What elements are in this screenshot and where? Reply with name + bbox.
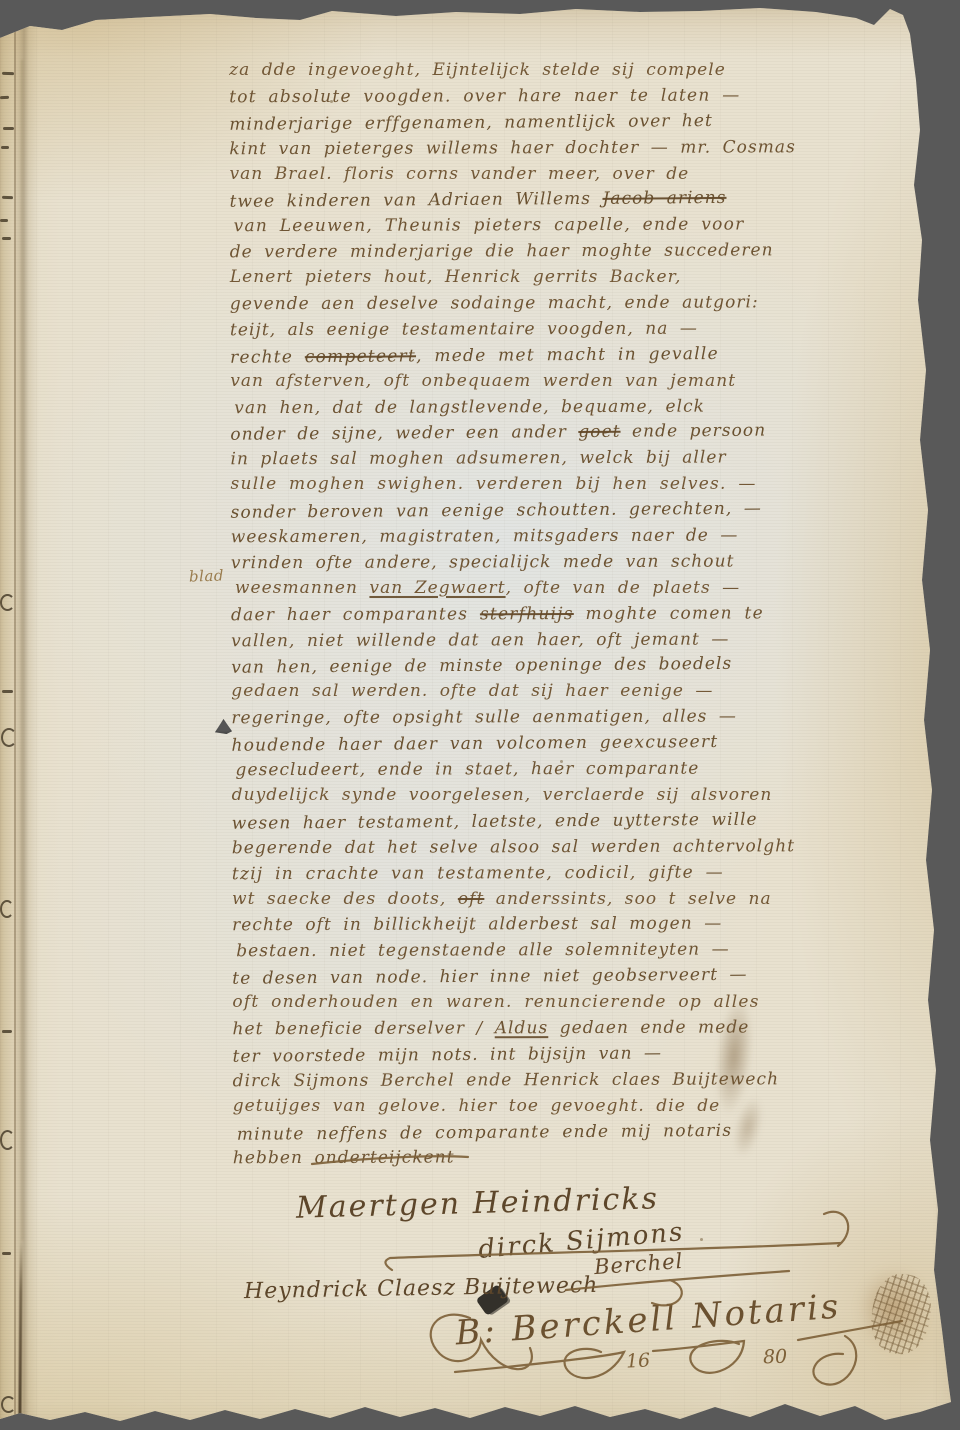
- manuscript-text: kint van pieterges willems haer dochter …: [229, 137, 796, 159]
- manuscript-text: twee kinderen van Adriaen Willems: [229, 189, 602, 212]
- manuscript-text-block: za dde ingevoeght, Eijntelijck stelde si…: [229, 57, 938, 1173]
- manuscript-text: weesmannen: [235, 578, 370, 598]
- manuscript-text: van Leeuwen, Theunis pieters capelle, en…: [234, 215, 745, 237]
- manuscript-line: wt saecke des doots, oft anderssints, so…: [232, 886, 937, 912]
- manuscript-text: minderjarige erffgenamen, namentlijck ov…: [229, 111, 713, 135]
- manuscript-text: , mede met macht in gevalle: [416, 344, 719, 366]
- manuscript-line: onder de sijne, weder een ander goet end…: [230, 418, 935, 449]
- manuscript-line: gedaen sal werden. ofte dat sij haer een…: [231, 679, 936, 705]
- struck-text: sterfhuijs: [480, 604, 574, 624]
- fold-crease: [21, 60, 23, 1240]
- manuscript-text: sonder beroven van eenige schoutten. ger…: [231, 499, 762, 523]
- struck-text: oft: [458, 888, 485, 908]
- facing-page-ink-mark: [2, 1252, 11, 1255]
- manuscript-text: het beneficie derselver /: [232, 1018, 494, 1039]
- manuscript-line: houdende haer daer van volcomen geexcuse…: [231, 728, 936, 759]
- manuscript-line: van hen, eenige de minste openinge des b…: [231, 651, 936, 682]
- manuscript-line: sulle moghen swighen. verderen bij hen s…: [231, 472, 936, 498]
- facing-page-ink-mark: [2, 72, 14, 75]
- manuscript-text: wesen haer testament, laetste, ende uytt…: [232, 809, 758, 833]
- manuscript-text: Lenert pieters hout, Henrick gerrits Bac…: [230, 267, 682, 287]
- manuscript-text: van Brael. floris corns vander meer, ove…: [229, 164, 689, 184]
- underlined-text: van Zegwaert: [369, 578, 505, 598]
- manuscript-text: ende persoon: [620, 421, 766, 442]
- manuscript-line: rechte competeert, mede met macht in gev…: [230, 340, 935, 371]
- manuscript-text: begerende dat het selve alsoo sal werden…: [232, 836, 795, 858]
- signature-heyndrick-claesz-buijtewech: Heyndrick Claesz Buijtewech: [244, 1273, 599, 1304]
- manuscript-line: vrinden ofte andere, specialijck mede va…: [231, 549, 936, 577]
- manuscript-text: weeskameren, magistraten, mitsgaders nae…: [231, 525, 739, 547]
- manuscript-text: rechte: [230, 347, 305, 368]
- facing-page-ink-mark: [1, 1396, 16, 1413]
- manuscript-line: weesmannen van Zegwaert, ofte van de pla…: [235, 576, 936, 602]
- facing-page-ink-mark: [2, 690, 13, 693]
- manuscript-text: getuijges van gelove. hier toe gevoeght.…: [233, 1096, 721, 1116]
- facing-page-ink-mark: [0, 594, 15, 611]
- manuscript-text: za dde ingevoeght, Eijntelijck stelde si…: [229, 60, 726, 80]
- manuscript-line: tot absolute voogden. over hare naer te …: [229, 83, 934, 111]
- manuscript-line: hebben onderteijckent: [233, 1144, 938, 1172]
- paper-hole: [215, 719, 232, 734]
- manuscript-text: tzij in crachte van testamente, codicil,…: [232, 862, 724, 884]
- manuscript-line: het beneficie derselver / Aldus gedaen e…: [232, 1015, 937, 1043]
- manuscript-text: teijt, als eenige testamentaire voogden,…: [230, 319, 698, 341]
- facing-page-ink-mark: [0, 219, 8, 222]
- signature-maertgen-heindricks: Maertgen Heindricks: [296, 1181, 660, 1225]
- manuscript-text: tot absolute voogden. over hare naer te …: [229, 85, 740, 107]
- manuscript-line: duydelijck synde voorgelesen, verclaerde…: [232, 783, 937, 809]
- manuscript-line: van afsterven, oft onbequaem werden van …: [230, 369, 935, 395]
- manuscript-line: daer haer comparantes sterfhuijs moghte …: [231, 600, 936, 628]
- manuscript-text: anderssints, soo t selve na: [484, 888, 771, 908]
- manuscript-text: onder de sijne, weder een ander: [230, 423, 578, 446]
- manuscript-line: dirck Sijmons Berchel ende Henrick claes…: [233, 1067, 938, 1095]
- facing-page-ink-mark: [1, 146, 9, 149]
- manuscript-text: vrinden ofte andere, specialijck mede va…: [231, 551, 735, 573]
- manuscript-line: minute neffens de comparante ende mij no…: [237, 1117, 938, 1148]
- struck-text: goet: [578, 422, 620, 442]
- manuscript-line: te desen van node. hier inne niet geobse…: [232, 961, 937, 992]
- manuscript-line: de verdere minderjarige die haer moghte …: [230, 238, 935, 266]
- manuscript-text: in plaets sal moghen adsumeren, welck bi…: [230, 448, 726, 470]
- year-digits-16: 16: [625, 1349, 650, 1372]
- manuscript-line: teijt, als eenige testamentaire voogden,…: [230, 316, 935, 344]
- manuscript-text: gevende aen deselve sodainge macht, ende…: [230, 292, 759, 314]
- manuscript-text: hebben onderteijckent: [233, 1148, 455, 1169]
- manuscript-line: za dde ingevoeght, Eijntelijck stelde si…: [229, 58, 934, 84]
- manuscript-line: rechte oft in billickheijt alderbest sal…: [232, 911, 937, 939]
- manuscript-text: van afsterven, oft onbequaem werden van …: [230, 371, 736, 391]
- manuscript-text: vallen, niet willende dat aen haer, oft …: [231, 629, 729, 651]
- facing-page-ink-mark: [2, 196, 13, 199]
- manuscript-text: sulle moghen swighen. verderen bij hen s…: [231, 474, 757, 494]
- manuscript-text: , ofte van de plaets —: [506, 578, 741, 598]
- manuscript-line: van Leeuwen, Theunis pieters capelle, en…: [234, 212, 935, 240]
- manuscript-line: begerende dat het selve alsoo sal werden…: [232, 833, 937, 861]
- manuscript-line: Lenert pieters hout, Henrick gerrits Bac…: [230, 265, 935, 291]
- facing-page-ink-mark: [0, 96, 9, 99]
- manuscript-text: van hen, dat de langstlevende, bequame, …: [234, 396, 705, 418]
- struck-text: competeert: [305, 346, 416, 367]
- manuscript-line: gesecludeert, ende in staet, haer compar…: [235, 756, 936, 784]
- manuscript-text: dirck Sijmons Berchel ende Henrick claes…: [233, 1069, 780, 1091]
- manuscript-text: gedaen sal werden. ofte dat sij haer een…: [231, 681, 713, 701]
- manuscript-text: gesecludeert, ende in staet, haer compar…: [236, 759, 700, 781]
- manuscript-line: tzij in crachte van testamente, codicil,…: [232, 859, 937, 887]
- facing-page-ink-mark: [2, 1030, 12, 1033]
- paper-speck: [330, 100, 333, 103]
- manuscript-line: twee kinderen van Adriaen Willems Jacob …: [229, 185, 934, 216]
- year-digits-80: 80: [763, 1346, 788, 1369]
- manuscript-text: van hen, eenige de minste openinge des b…: [231, 654, 732, 678]
- facing-page-edge: [14, 30, 16, 1422]
- facing-page-ink-mark: [0, 1130, 15, 1150]
- facing-page-ink-mark: [3, 127, 14, 130]
- manuscript-line: in plaets sal moghen adsumeren, welck bi…: [230, 445, 935, 473]
- manuscript-line: gevende aen deselve sodainge macht, ende…: [230, 290, 935, 318]
- manuscript-scan: za dde ingevoeght, Eijntelijck stelde si…: [0, 0, 960, 1430]
- marginal-note: blad: [189, 566, 225, 585]
- manuscript-text: regeringe, ofte opsight sulle aenmatigen…: [231, 707, 737, 729]
- binding-gutter: [13, 0, 39, 1430]
- manuscript-line: sonder beroven van eenige schoutten. ger…: [231, 495, 936, 526]
- manuscript-text: minute neffens de comparante ende mij no…: [237, 1120, 733, 1144]
- facing-page-ink-mark: [2, 237, 11, 240]
- manuscript-text: duydelijck synde voorgelesen, verclaerde…: [232, 785, 773, 805]
- manuscript-line: kint van pieterges willems haer dochter …: [229, 134, 934, 162]
- manuscript-text: te desen van node. hier inne niet geobse…: [232, 965, 747, 989]
- manuscript-text: daer haer comparantes: [231, 604, 480, 625]
- struck-text: Jacob ariens: [602, 188, 726, 209]
- manuscript-page: za dde ingevoeght, Eijntelijck stelde si…: [0, 0, 960, 1430]
- manuscript-text: bestaen. niet tegenstaende alle solemnit…: [236, 940, 730, 962]
- facing-page-ink-mark: [1, 728, 17, 747]
- manuscript-line: van Brael. floris corns vander meer, ove…: [229, 162, 934, 188]
- manuscript-line: wesen haer testament, laetste, ende uytt…: [232, 806, 937, 837]
- manuscript-text: ter voorstede mijn nots. int bijsijn van…: [232, 1043, 662, 1066]
- manuscript-text: de verdere minderjarige die haer moghte …: [230, 241, 774, 263]
- manuscript-line: oft onderhouden en waren. renuncierende …: [232, 990, 937, 1016]
- manuscript-text: wt saecke des doots,: [232, 888, 458, 908]
- manuscript-text: houdende haer daer van volcomen geexcuse…: [231, 732, 718, 756]
- manuscript-text: moghte comen te: [574, 603, 764, 624]
- manuscript-text: rechte oft in billickheijt alderbest sal…: [232, 914, 722, 936]
- underlined-text: Aldus: [495, 1018, 549, 1038]
- manuscript-line: getuijges van gelove. hier toe gevoeght.…: [233, 1094, 938, 1120]
- signature-berchel: Berchel: [593, 1249, 684, 1279]
- manuscript-line: minderjarige erffgenamen, namentlijck ov…: [229, 107, 934, 138]
- manuscript-line: weeskameren, magistraten, mitsgaders nae…: [231, 523, 936, 551]
- facing-page-ink-mark: [0, 900, 14, 918]
- paper-speck: [481, 433, 484, 436]
- manuscript-text: oft onderhouden en waren. renuncierende …: [232, 992, 759, 1012]
- manuscript-line: ter voorstede mijn nots. int bijsijn van…: [232, 1039, 937, 1070]
- paper-speck: [560, 760, 563, 763]
- paper-speck: [700, 1238, 703, 1241]
